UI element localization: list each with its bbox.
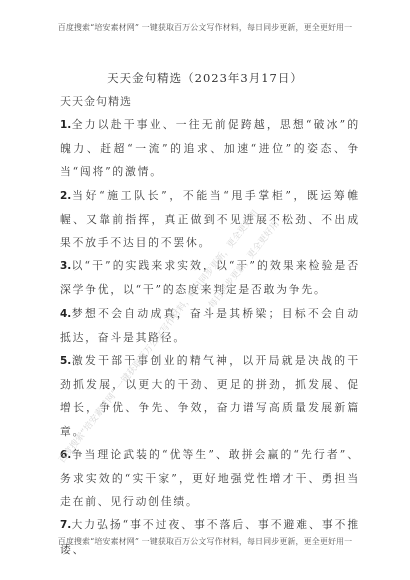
paragraph-text: 当好“施工队长”，不能当“甩手掌柜”，既运筹帷幄、又靠前指挥，真正做到不见进展不…	[60, 189, 360, 249]
paragraph-6: 6.争当理论武装的“优等生”、敢拼会赢的“先行者”、务求实效的“实干家”，更好地…	[60, 443, 360, 514]
paragraph-number: 2.	[60, 190, 71, 202]
paragraph-number: 7.	[60, 519, 71, 531]
paragraph-5: 5.激发干部干事创业的精气神，以开局就是决战的干劲抓发展，以更大的干劲、更足的拼…	[60, 349, 360, 443]
paragraph-text: 激发干部干事创业的精气神，以开局就是决战的干劲抓发展，以更大的干劲、更足的拼劲，…	[60, 354, 360, 438]
paragraph-4: 4.梦想不会自动成真，奋斗是其桥梁；目标不会自动抵达，奋斗是其路径。	[60, 302, 360, 349]
paragraph-1: 1.全力以赴干事业、一往无前促跨越，思想“破冰”的魄力、赶超“一流”的追求、加速…	[60, 113, 360, 184]
top-banner: 百度搜索“培安素材网” 一键获取百万公文写作材料，每日同步更新，更全更好用一	[0, 22, 410, 33]
bottom-banner: 百度搜索“培安素材网” 一键获取百万公文写作材料，每日同步更新，更全更好用一	[0, 536, 410, 547]
document-body: 1.全力以赴干事业、一往无前促跨越，思想“破冰”的魄力、赶超“一流”的追求、加速…	[60, 113, 360, 561]
paragraph-text: 以“干”的实践来求实效，以“干”的效果来检验是否深学争优，以“干”的态度来判定是…	[60, 259, 360, 296]
document-title: 天天金句精选（2023年3月17日）	[0, 70, 410, 86]
paragraph-number: 4.	[60, 308, 71, 320]
document-subtitle: 天天金句精选	[60, 93, 132, 109]
paragraph-3: 3.以“干”的实践来求实效，以“干”的效果来检验是否深学争优，以“干”的态度来判…	[60, 254, 360, 301]
paragraph-number: 6.	[60, 449, 71, 461]
paragraph-text: 梦想不会自动成真，奋斗是其桥梁；目标不会自动抵达，奋斗是其路径。	[60, 307, 360, 344]
paragraph-text: 全力以赴干事业、一往无前促跨越，思想“破冰”的魄力、赶超“一流”的追求、加速“进…	[60, 118, 360, 178]
paragraph-number: 1.	[60, 119, 71, 131]
paragraph-number: 5.	[60, 355, 71, 367]
paragraph-2: 2.当好“施工队长”，不能当“甩手掌柜”，既运筹帷幄、又靠前指挥，真正做到不见进…	[60, 184, 360, 255]
paragraph-number: 3.	[60, 260, 71, 272]
paragraph-text: 争当理论武装的“优等生”、敢拼会赢的“先行者”、务求实效的“实干家”，更好地强党…	[60, 448, 360, 508]
document-page: 百度搜索“培安素材网” 一键获取百万公文写作材料，每日同步更新，更全更好用一 天…	[0, 0, 410, 580]
